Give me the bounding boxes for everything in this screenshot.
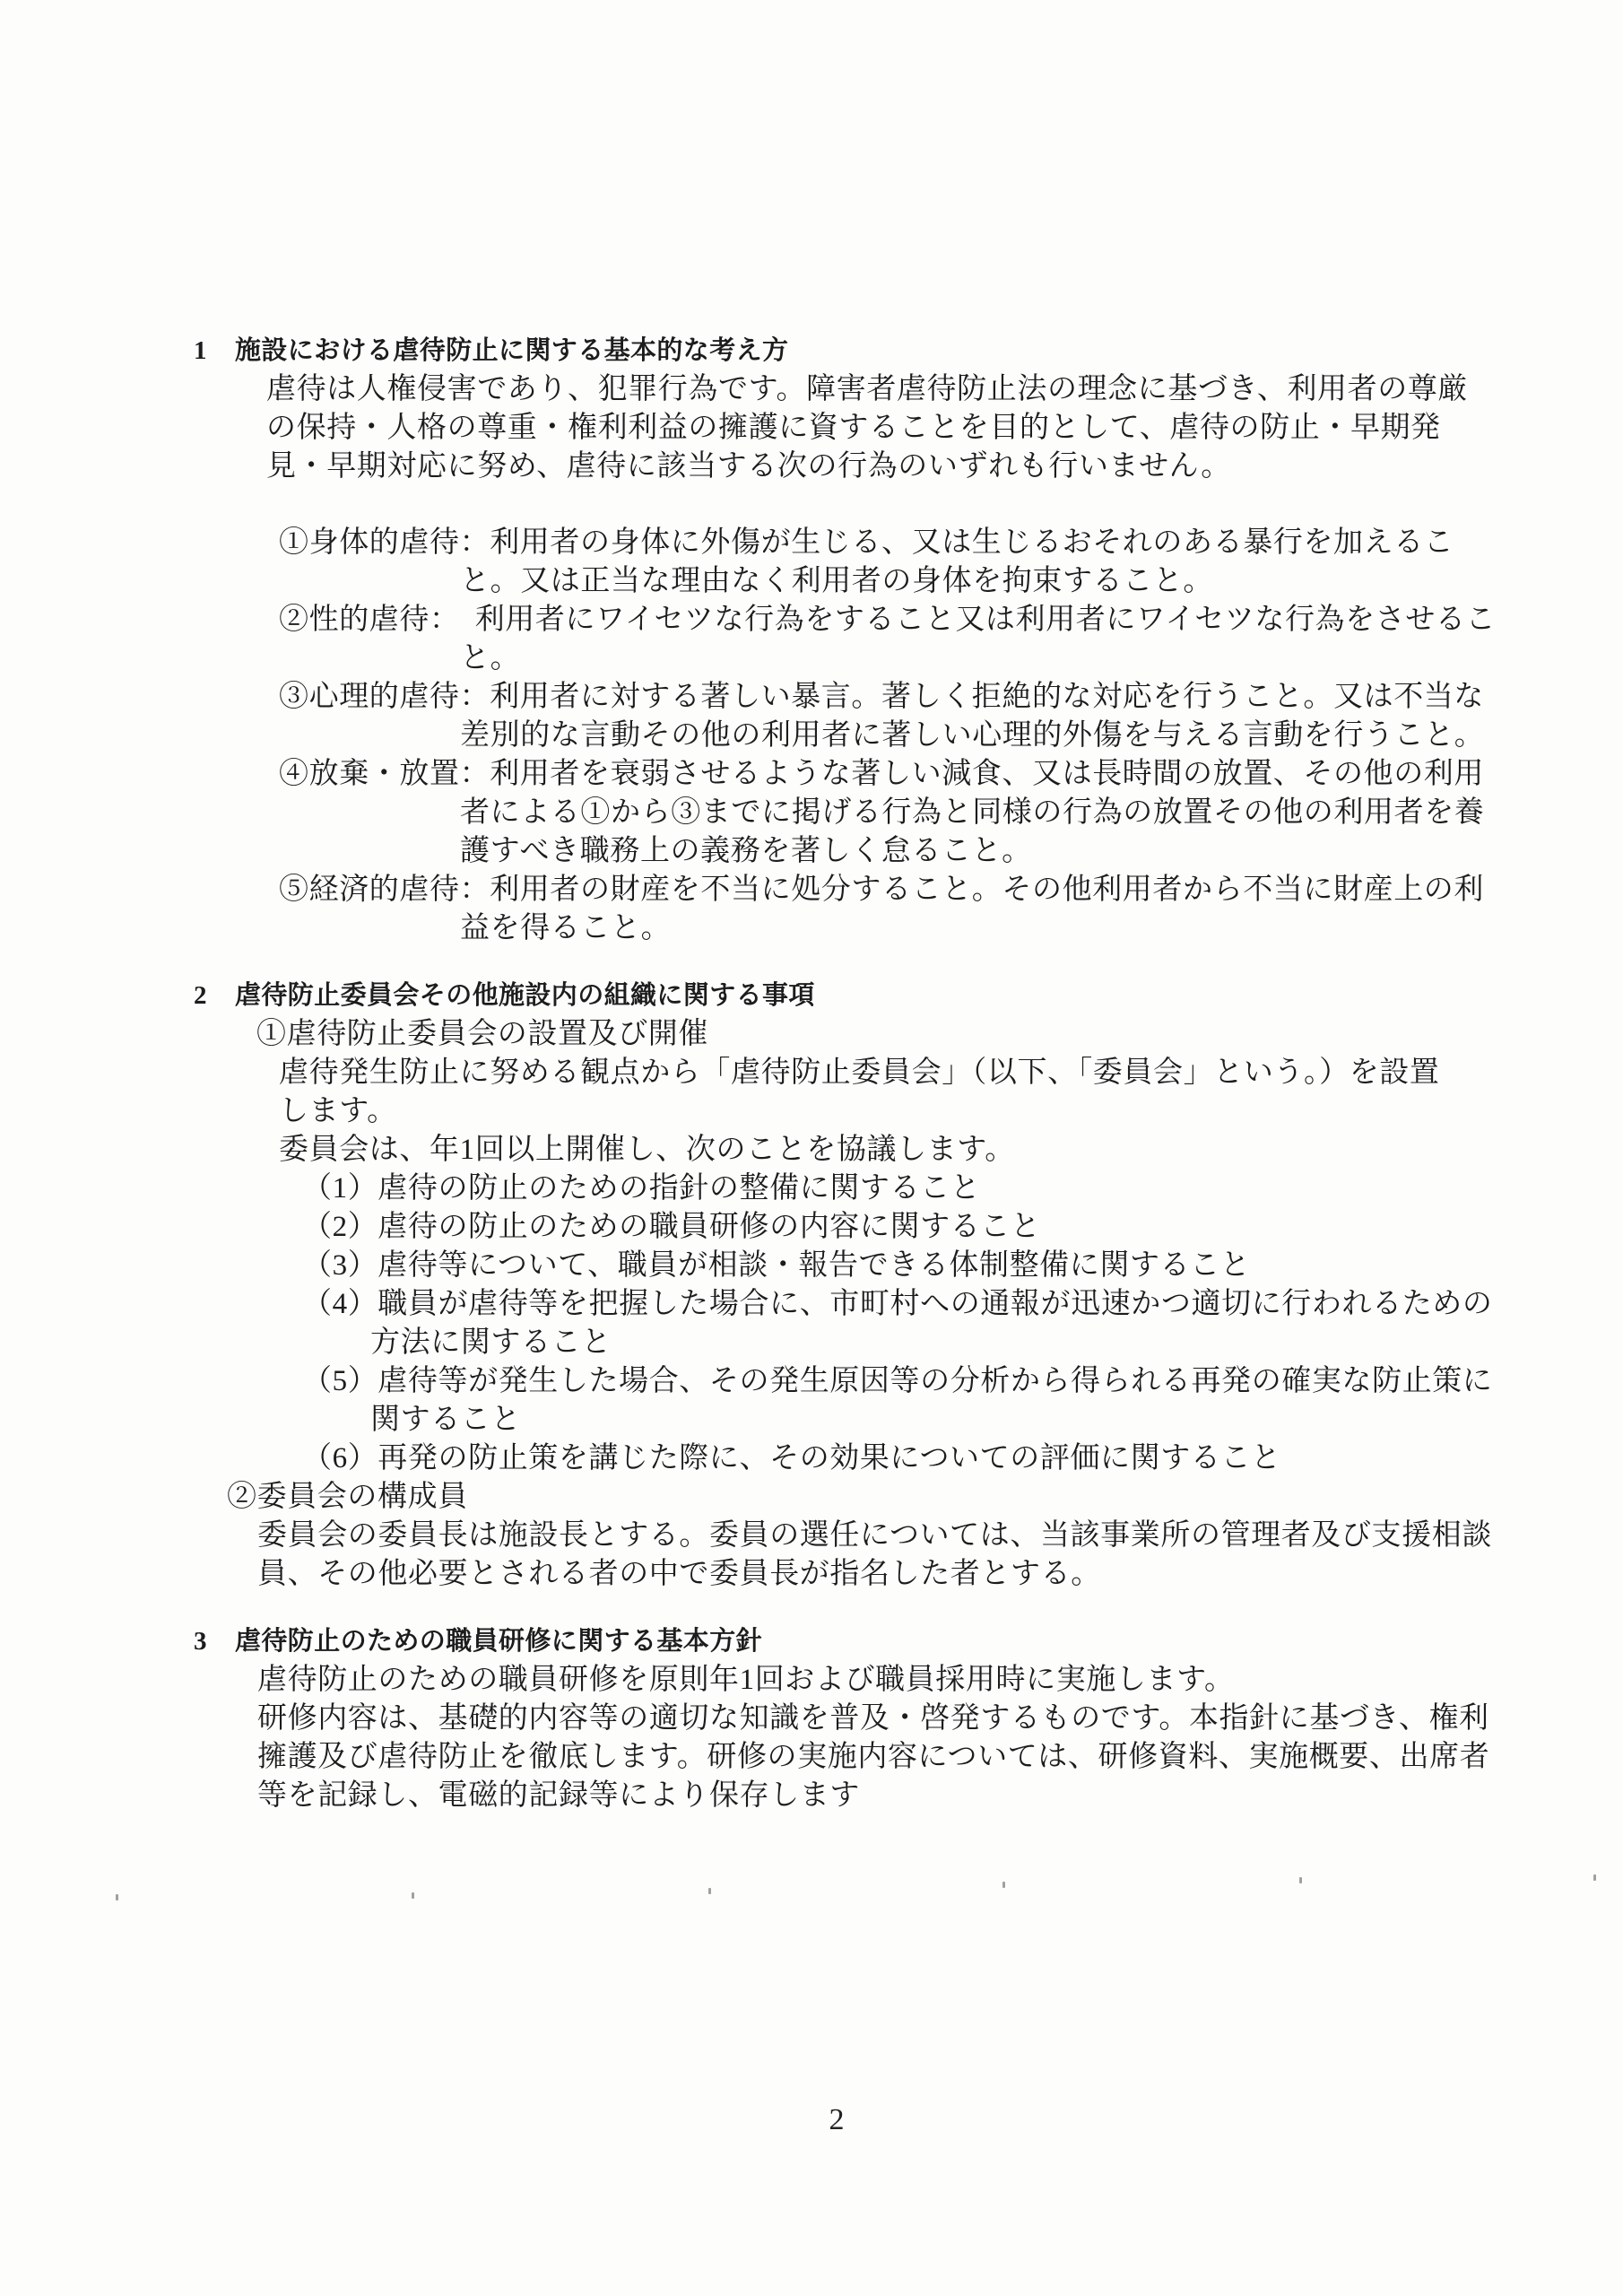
- text-line: 等を記録し、電磁的記録等により保存します: [257, 1777, 1623, 1815]
- text-line: 見・早期対応に努め、虐待に該当する次の行為のいずれも行いません。: [266, 448, 1623, 486]
- text-line: の保持・人格の尊重・権利利益の擁護に資することを目的として、虐待の防止・早期発: [266, 409, 1623, 448]
- scan-speck: [1002, 1882, 1005, 1888]
- text-line: （4）職員が虐待等を把握した場合に、市町村への通報が迅速かつ適切に行われるための: [302, 1285, 1623, 1324]
- text-line: 虐待防止のための職員研修を原則年1回および職員採用時に実施します。: [257, 1661, 1623, 1700]
- text-line: （2）虐待の防止のための職員研修の内容に関すること: [302, 1208, 1623, 1247]
- section-heading: 2虐待防止委員会その他施設内の組織に関する事項: [194, 977, 1623, 1015]
- section: 2虐待防止委員会その他施設内の組織に関する事項 ①虐待防止委員会の設置及び開催虐…: [0, 977, 1623, 1594]
- text-line: します。: [279, 1092, 1623, 1131]
- section-title: 虐待防止委員会その他施設内の組織に関する事項: [235, 981, 815, 1010]
- scan-speck: [116, 1894, 118, 1900]
- text-line: 方法に関すること: [370, 1324, 1623, 1362]
- section-number: 2: [194, 977, 235, 1015]
- section: 3虐待防止のための職員研修に関する基本方針 虐待防止のための職員研修を原則年1回…: [0, 1622, 1623, 1815]
- scan-speck: [708, 1888, 711, 1894]
- section: 1施設における虐待防止に関する基本的な考え方 虐待は人権侵害であり、犯罪行為です…: [0, 332, 1623, 948]
- text-line: と。: [460, 639, 1623, 678]
- text-line: 差別的な言動その他の利用者に著しい心理的外傷を与える言動を行うこと。: [460, 717, 1623, 755]
- text-line: ④放棄・放置：利用者を衰弱させるような著しい減食、又は長時間の放置、その他の利用: [279, 755, 1623, 794]
- text-line: 員、その他必要とされる者の中で委員長が指名した者とする。: [257, 1555, 1623, 1594]
- text-line: （3）虐待等について、職員が相談・報告できる体制整備に関すること: [302, 1247, 1623, 1285]
- text-line: 虐待発生防止に努める観点から「虐待防止委員会」（以下、「委員会」という。）を設置: [279, 1054, 1623, 1092]
- document-page: 1施設における虐待防止に関する基本的な考え方 虐待は人権侵害であり、犯罪行為です…: [0, 0, 1623, 2296]
- section-number: 1: [194, 332, 235, 370]
- text-line: と。又は正当な理由なく利用者の身体を拘束すること。: [460, 562, 1623, 601]
- section-heading: 3虐待防止のための職員研修に関する基本方針: [194, 1622, 1623, 1661]
- scan-speck: [1593, 1874, 1596, 1881]
- document-content: 1施設における虐待防止に関する基本的な考え方 虐待は人権侵害であり、犯罪行為です…: [0, 0, 1623, 1815]
- text-line: （5）虐待等が発生した場合、その発生原因等の分析から得られる再発の確実な防止策に: [302, 1362, 1623, 1401]
- page-number: 2: [0, 2103, 1623, 2137]
- text-line: 護すべき職務上の義務を著しく怠ること。: [460, 832, 1623, 871]
- section-lines: ①虐待防止委員会の設置及び開催虐待発生防止に努める観点から「虐待防止委員会」（以…: [0, 1015, 1623, 1594]
- text-line: （6）再発の防止策を講じた際に、その効果についての評価に関すること: [302, 1439, 1623, 1478]
- section-lines: 虐待防止のための職員研修を原則年1回および職員採用時に実施します。研修内容は、基…: [0, 1661, 1623, 1815]
- text-line: ②委員会の構成員: [227, 1478, 1623, 1517]
- text-line: 虐待は人権侵害であり、犯罪行為です。障害者虐待防止法の理念に基づき、利用者の尊厳: [266, 370, 1623, 409]
- text-line: 益を得ること。: [460, 909, 1623, 948]
- section-number: 3: [194, 1622, 235, 1661]
- text-line: ①身体的虐待：利用者の身体に外傷が生じる、又は生じるおそれのある暴行を加えるこ: [279, 524, 1623, 562]
- text-line: 関すること: [370, 1401, 1623, 1439]
- text-line: ③心理的虐待：利用者に対する著しい暴言。著しく拒絶的な対応を行うこと。又は不当な: [279, 678, 1623, 717]
- text-line: 研修内容は、基礎的内容等の適切な知識を普及・啓発するものです。本指針に基づき、権…: [257, 1700, 1623, 1738]
- section-lines: 虐待は人権侵害であり、犯罪行為です。障害者虐待防止法の理念に基づき、利用者の尊厳…: [0, 370, 1623, 948]
- scan-speck: [412, 1892, 414, 1899]
- text-line: ②性的虐待： 利用者にワイセツな行為をすること又は利用者にワイセツな行為をさせる…: [279, 601, 1623, 639]
- section-title: 虐待防止のための職員研修に関する基本方針: [235, 1627, 762, 1656]
- text-line: 委員会は、年1回以上開催し、次のことを協議します。: [279, 1131, 1623, 1170]
- text-line: 者による①から③までに掲げる行為と同様の行為の放置その他の利用者を養: [460, 794, 1623, 832]
- section-heading: 1施設における虐待防止に関する基本的な考え方: [194, 332, 1623, 370]
- text-line: ①虐待防止委員会の設置及び開催: [256, 1015, 1623, 1054]
- text-line: （1）虐待の防止のための指針の整備に関すること: [302, 1170, 1623, 1208]
- text-line: 擁護及び虐待防止を徹底します。研修の実施内容については、研修資料、実施概要、出席…: [257, 1738, 1623, 1777]
- text-line: 委員会の委員長は施設長とする。委員の選任については、当該事業所の管理者及び支援相…: [257, 1517, 1623, 1555]
- scan-speck: [1299, 1877, 1302, 1883]
- section-title: 施設における虐待防止に関する基本的な考え方: [235, 336, 788, 365]
- text-line: ⑤経済的虐待：利用者の財産を不当に処分すること。その他利用者から不当に財産上の利: [279, 871, 1623, 909]
